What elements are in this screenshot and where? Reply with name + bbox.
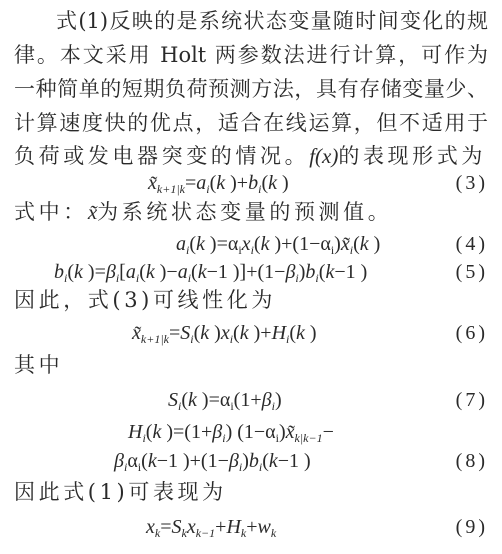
equation-3: x̃k+1|k=ai(k )+bi(k ) (3): [0, 168, 502, 198]
express-line: 因此式(1)可表现为: [14, 477, 488, 507]
equation-9-body: xk=Skxk−1+Hk+wk: [146, 512, 276, 542]
equation-8-line1-body: Hi(k )=(1+βi) (1−αi)x̃k|k−1−: [128, 417, 334, 447]
equation-8-number: (8): [456, 446, 488, 476]
equation-8-line-1: Hi(k )=(1+βi) (1−αi)x̃k|k−1−: [0, 417, 502, 447]
equation-5-body: bi(k )=βi[ai(k )−ai(k−1 )]+(1−βi)bi(k−1 …: [54, 257, 367, 287]
equation-6-number: (6): [456, 318, 488, 348]
inline-math-fx: f(x): [309, 144, 338, 168]
equation-4: ai(k )=αixi(k )+(1−αi)x̃i(k ) (4): [0, 229, 502, 259]
equation-5-number: (5): [456, 257, 488, 287]
definition-suffix: 为系统状态变量的预测值。: [97, 200, 392, 224]
inline-math-xtilde: x̃: [88, 200, 97, 224]
equation-5: bi(k )=βi[ai(k )−ai(k−1 )]+(1−βi)bi(k−1 …: [0, 257, 502, 287]
line5-prefix: 负荷或发电器突变的情况。: [14, 144, 309, 168]
equation-9-number: (9): [456, 512, 488, 542]
paper-page: 式(1)反映的是系统状态变量随时间变化的规 律。本文采用 Holt 两参数法进行…: [0, 0, 502, 554]
paragraph-line-5: 负荷或发电器突变的情况。f(x)的表现形式为: [14, 141, 488, 171]
equation-6-body: x̃k+1|k=Si(k )xi(k )+Hi(k ): [132, 318, 317, 348]
paragraph-line-1: 式(1)反映的是系统状态变量随时间变化的规: [14, 6, 488, 36]
where-line: 其中: [14, 350, 488, 380]
equation-3-number: (3): [456, 168, 488, 198]
definition-prefix: 式中：: [14, 200, 88, 224]
equation-6: x̃k+1|k=Si(k )xi(k )+Hi(k ) (6): [0, 318, 502, 348]
equation-3-body: x̃k+1|k=ai(k )+bi(k ): [148, 168, 289, 198]
equation-4-number: (4): [456, 229, 488, 259]
equation-7-body: Si(k )=αi(1+βi): [168, 385, 282, 415]
equation-7: Si(k )=αi(1+βi) (7): [0, 385, 502, 415]
equation-9: xk=Skxk−1+Hk+wk (9): [0, 512, 502, 542]
equation-4-body: ai(k )=αixi(k )+(1−αi)x̃i(k ): [176, 229, 380, 259]
paragraph-line-3: 一种简单的短期负荷预测方法，具有存储变量少、: [14, 74, 488, 104]
equation-8-line2-body: βiαi(k−1 )+(1−βi)bi(k−1 ): [114, 446, 311, 476]
linearize-line: 因此，式(3)可线性化为: [14, 285, 488, 315]
paragraph-line-2: 律。本文采用 Holt 两参数法进行计算，可作为: [14, 40, 488, 70]
definition-line: 式中：x̃为系统状态变量的预测值。: [14, 197, 488, 227]
equation-8-line-2: βiαi(k−1 )+(1−βi)bi(k−1 ) (8): [0, 446, 502, 476]
line5-suffix: 的表现形式为: [338, 144, 486, 168]
paragraph-line-4: 计算速度快的优点，适合在线运算，但不适用于: [14, 108, 488, 138]
equation-7-number: (7): [456, 385, 488, 415]
